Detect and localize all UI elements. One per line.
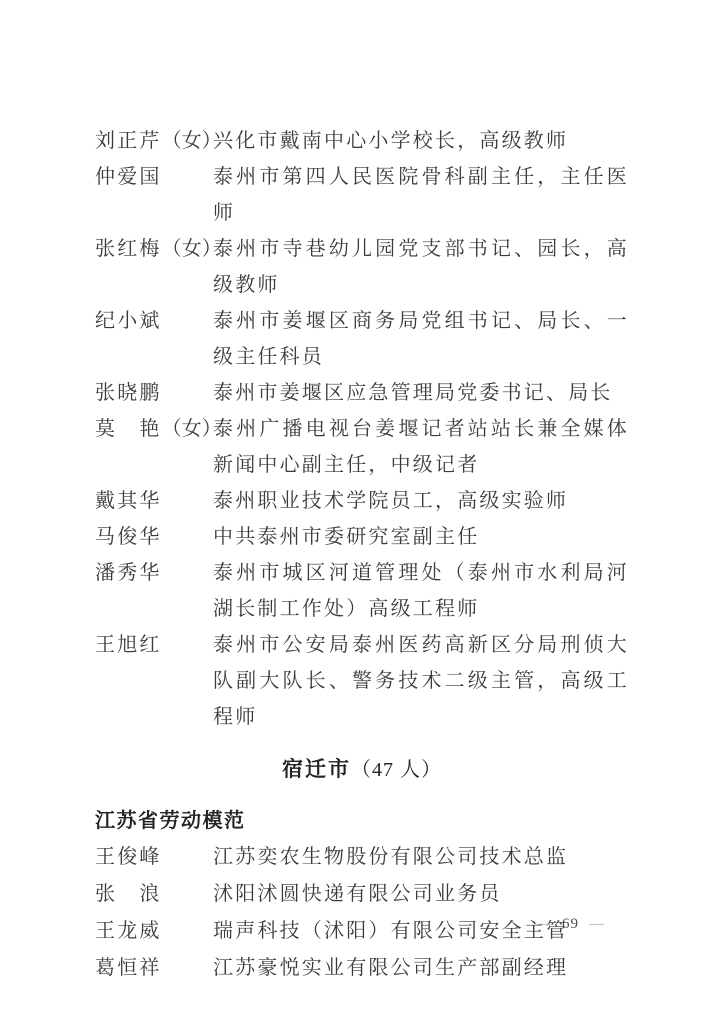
entry-name: 仲爱国 <box>95 166 162 188</box>
entry-name: 张晓鹏 <box>95 382 162 404</box>
entry-name-cell: 戴其华 <box>95 483 213 519</box>
entry-title: 泰州市姜堰区应急管理局党委书记、局长 <box>213 375 629 411</box>
entry-title: 泰州市公安局泰州医药高新区分局刑侦大队副大队长、警务技术二级主管，高级工程师 <box>213 627 629 735</box>
entry-title: 泰州广播电视台姜堰记者站站长兼全媒体新闻中心副主任，中级记者 <box>213 411 629 483</box>
entry-row: 王俊峰 江苏奕农生物股份有限公司技术总监 <box>95 839 629 876</box>
entry-name: 王龙威 <box>95 920 162 942</box>
page-number: 69 <box>562 916 579 933</box>
entry-name-cell: 葛恒祥 <box>95 950 213 987</box>
suqian-entries-list: 王俊峰 江苏奕农生物股份有限公司技术总监 张 浪 沭阳沭圆快递有限公司业务员 王… <box>95 839 629 987</box>
entry-name-cell: 刘正芹（女） <box>95 123 213 159</box>
entry-name-cell: 王俊峰 <box>95 839 213 876</box>
entry-row: 仲爱国 泰州市第四人民医院骨科副主任，主任医师 <box>95 159 629 231</box>
entry-title: 泰州市城区河道管理处（泰州市水利局河湖长制工作处）高级工程师 <box>213 555 629 627</box>
page-content: 刘正芹（女） 兴化市戴南中心小学校长，高级教师 仲爱国 泰州市第四人民医院骨科副… <box>95 123 629 987</box>
footer-dash-right: — <box>589 916 604 933</box>
entry-title: 泰州市姜堰区商务局党组书记、局长、一级主任科员 <box>213 303 629 375</box>
entry-title: 中共泰州市委研究室副主任 <box>213 519 629 555</box>
entry-name: 张 浪 <box>95 883 162 905</box>
entry-name-cell: 莫 艳（女） <box>95 411 213 483</box>
entry-title: 泰州市寺巷幼儿园党支部书记、园长，高级教师 <box>213 231 629 303</box>
city-name: 宿迁市 <box>282 758 351 781</box>
entry-row: 马俊华 中共泰州市委研究室副主任 <box>95 519 629 555</box>
entry-name: 纪小斌 <box>95 310 162 332</box>
city-section-heading: 宿迁市（47 人） <box>95 751 629 788</box>
entry-title: 江苏奕农生物股份有限公司技术总监 <box>213 839 629 876</box>
page-footer: — 69 — <box>537 916 604 933</box>
entry-name: 王旭红 <box>95 634 162 656</box>
entry-name-cell: 仲爱国 <box>95 159 213 231</box>
entry-title: 江苏豪悦实业有限公司生产部副经理 <box>213 950 629 987</box>
taizhou-entries-list: 刘正芹（女） 兴化市戴南中心小学校长，高级教师 仲爱国 泰州市第四人民医院骨科副… <box>95 123 629 735</box>
footer-dash-left: — <box>537 916 552 933</box>
entry-name-cell: 马俊华 <box>95 519 213 555</box>
entry-name: 戴其华 <box>95 490 162 512</box>
entry-title: 兴化市戴南中心小学校长，高级教师 <box>213 123 629 159</box>
entry-row: 纪小斌 泰州市姜堰区商务局党组书记、局长、一级主任科员 <box>95 303 629 375</box>
entry-row: 王旭红 泰州市公安局泰州医药高新区分局刑侦大队副大队长、警务技术二级主管，高级工… <box>95 627 629 735</box>
entry-row: 莫 艳（女） 泰州广播电视台姜堰记者站站长兼全媒体新闻中心副主任，中级记者 <box>95 411 629 483</box>
entry-title: 泰州职业技术学院员工，高级实验师 <box>213 483 629 519</box>
entry-name-cell: 张晓鹏 <box>95 375 213 411</box>
entry-row: 张 浪 沭阳沭圆快递有限公司业务员 <box>95 876 629 913</box>
document-page: 刘正芹（女） 兴化市戴南中心小学校长，高级教师 仲爱国 泰州市第四人民医院骨科副… <box>0 0 720 1018</box>
entry-name-cell: 纪小斌 <box>95 303 213 375</box>
entry-name-cell: 张 浪 <box>95 876 213 913</box>
entry-name: 张红梅 <box>95 238 162 260</box>
entry-name-cell: 张红梅（女） <box>95 231 213 303</box>
entry-row: 张红梅（女） 泰州市寺巷幼儿园党支部书记、园长，高级教师 <box>95 231 629 303</box>
entry-title: 泰州市第四人民医院骨科副主任，主任医师 <box>213 159 629 231</box>
entry-name-cell: 王旭红 <box>95 627 213 735</box>
entry-name-cell: 王龙威 <box>95 913 213 950</box>
award-category-heading: 江苏省劳动模范 <box>95 803 629 839</box>
entry-name: 莫 艳 <box>95 418 162 440</box>
entry-name: 王俊峰 <box>95 846 162 868</box>
entry-name: 潘秀华 <box>95 562 162 584</box>
entry-name: 马俊华 <box>95 526 162 548</box>
entry-title: 沭阳沭圆快递有限公司业务员 <box>213 876 629 913</box>
entry-row: 葛恒祥 江苏豪悦实业有限公司生产部副经理 <box>95 950 629 987</box>
entry-row: 刘正芹（女） 兴化市戴南中心小学校长，高级教师 <box>95 123 629 159</box>
entry-row: 潘秀华 泰州市城区河道管理处（泰州市水利局河湖长制工作处）高级工程师 <box>95 555 629 627</box>
city-count: （47 人） <box>351 759 442 781</box>
entry-name-cell: 潘秀华 <box>95 555 213 627</box>
entry-name: 刘正芹 <box>95 130 162 152</box>
entry-name: 葛恒祥 <box>95 957 162 979</box>
entry-row: 张晓鹏 泰州市姜堰区应急管理局党委书记、局长 <box>95 375 629 411</box>
entry-row: 戴其华 泰州职业技术学院员工，高级实验师 <box>95 483 629 519</box>
